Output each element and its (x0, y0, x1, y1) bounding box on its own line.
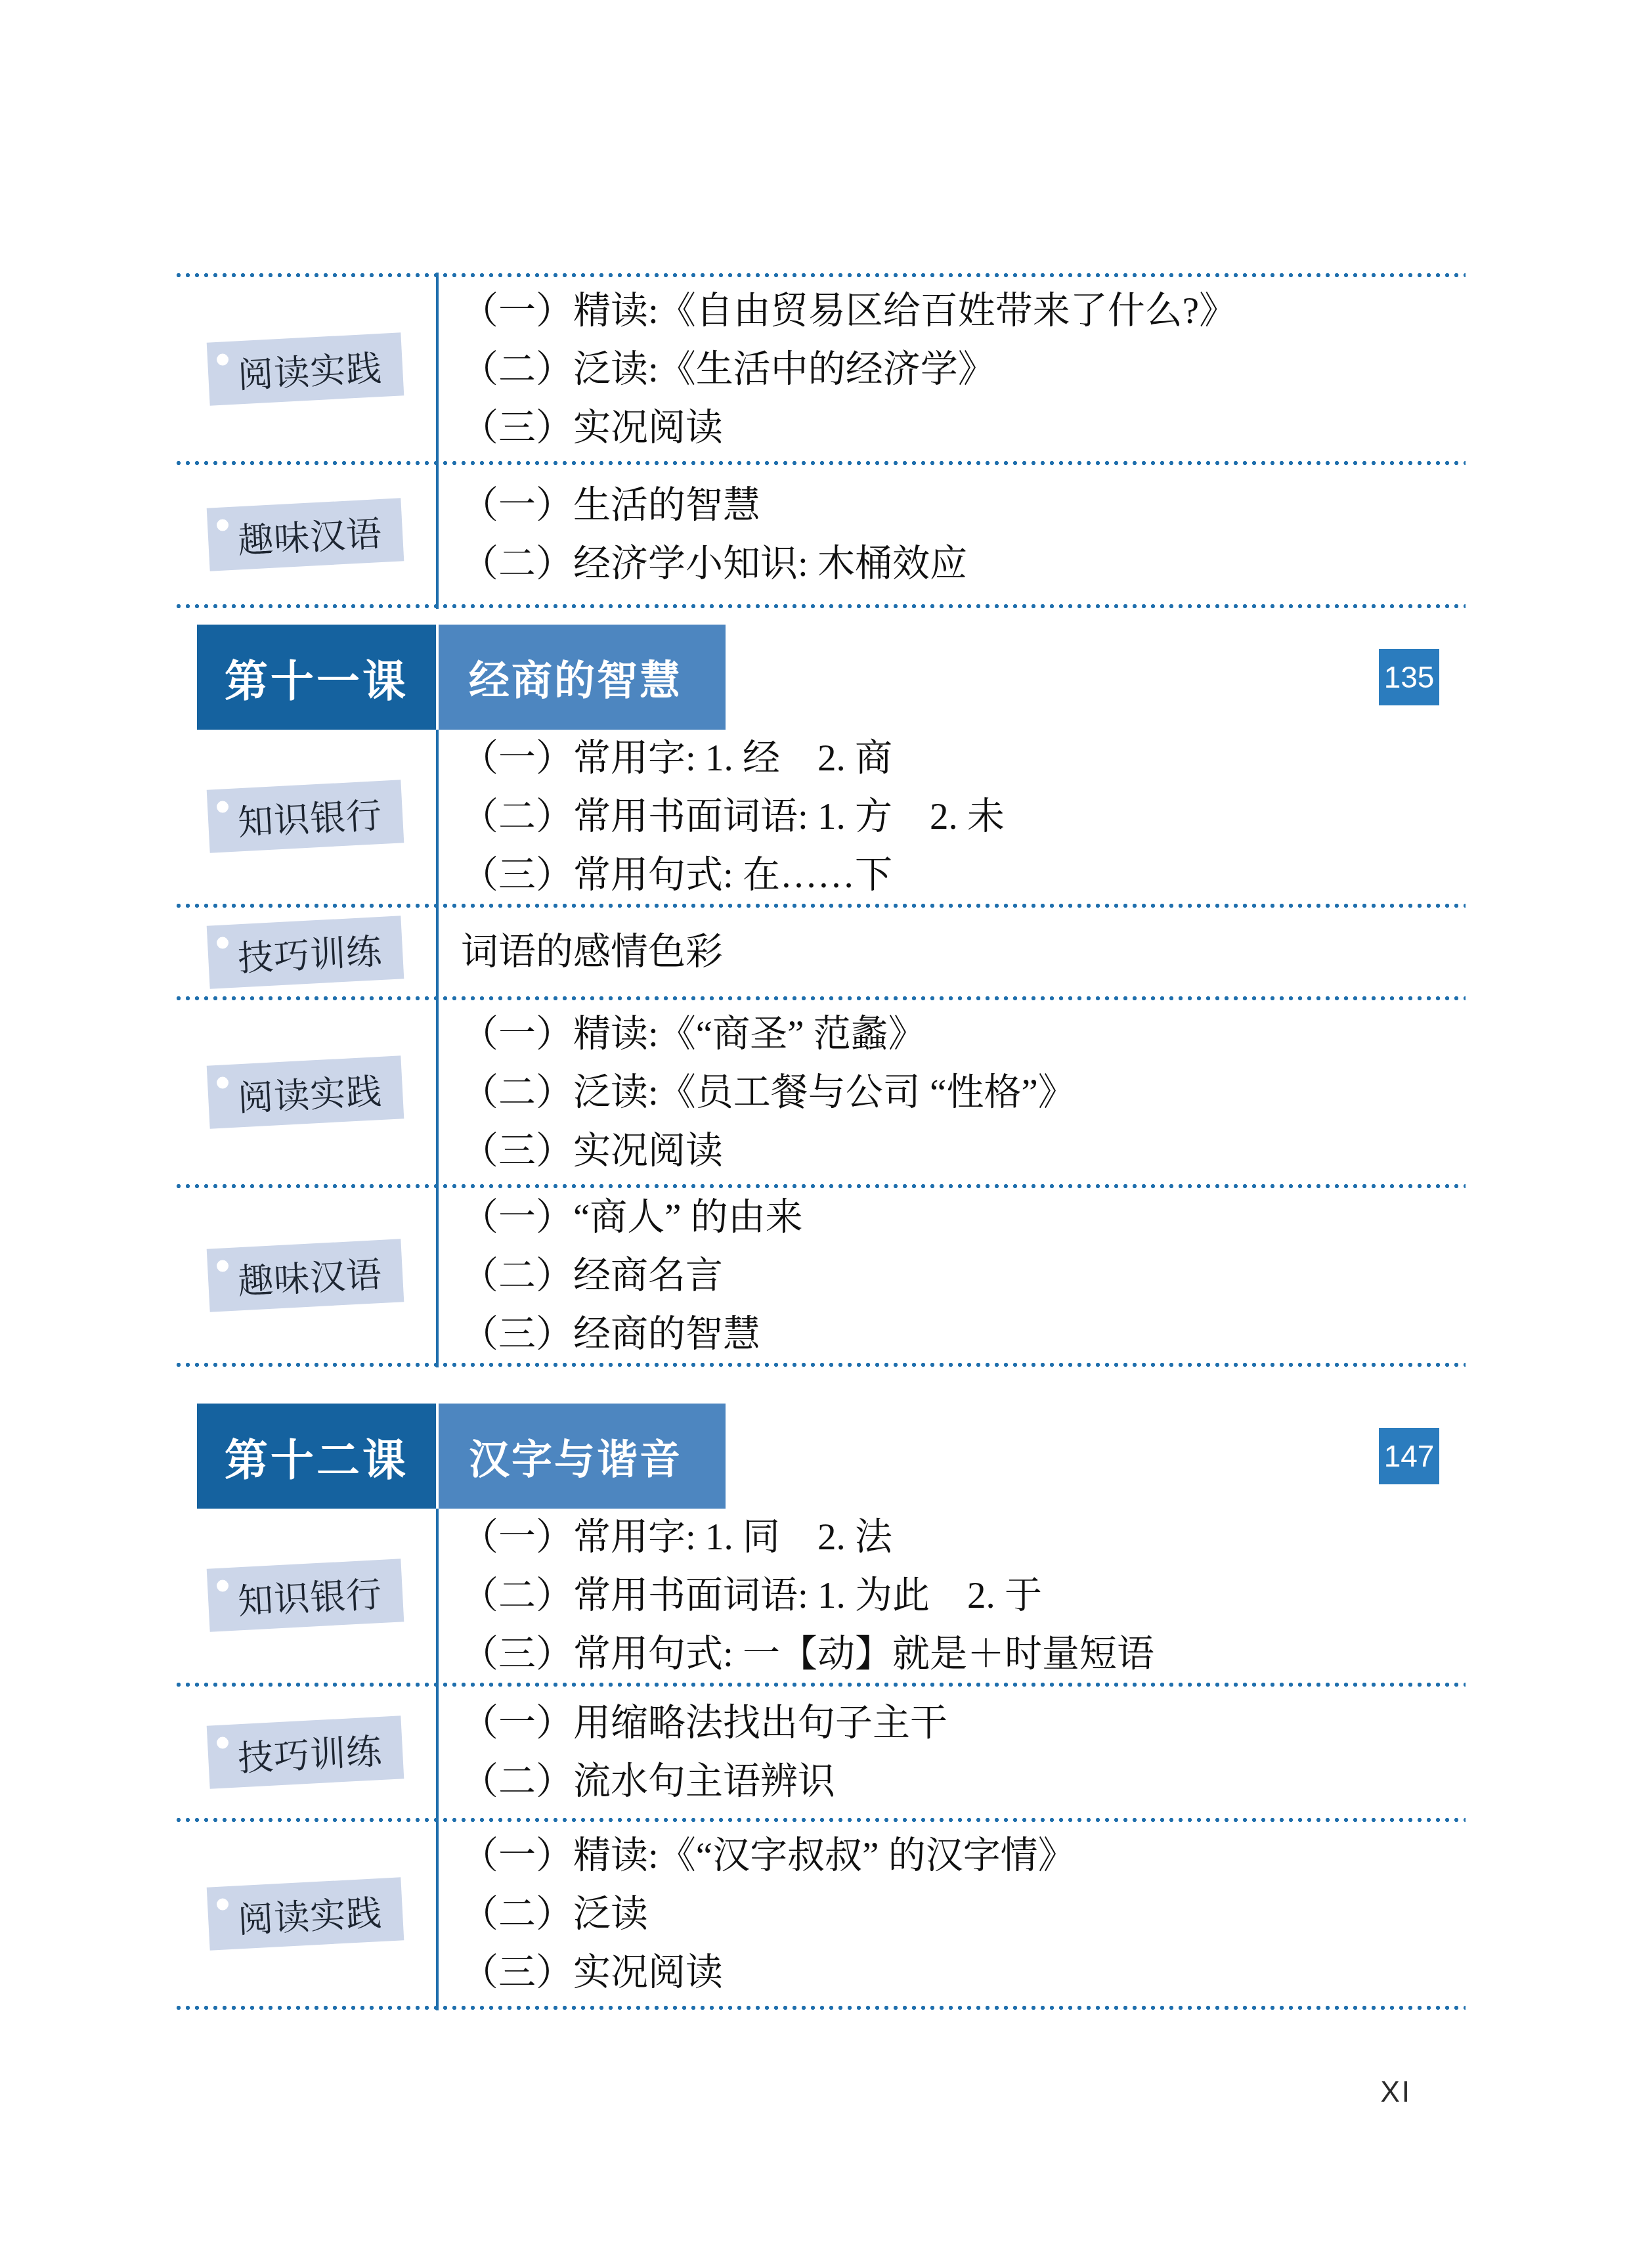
toc-item: （二）泛读:《生活中的经济学》 (461, 340, 1466, 399)
toc-item: （一）常用字: 1. 同 2. 法 (461, 1508, 1466, 1566)
section-tag: 知识银行 (206, 1559, 404, 1631)
tag-label: 趣味汉语 (227, 1246, 383, 1304)
toc-item: （三）实况阅读 (461, 1122, 1466, 1180)
tag-label: 阅读实践 (227, 340, 383, 398)
tag-hole-icon (216, 1898, 228, 1911)
toc-item: （一）精读:《“汉字叔叔” 的汉字情》 (461, 1826, 1466, 1885)
toc-item: （一）常用字: 1. 经 2. 商 (461, 729, 1466, 787)
dotted-separator (174, 996, 1466, 1001)
tag-hole-icon (216, 1076, 228, 1089)
tag-label: 知识银行 (227, 1566, 383, 1624)
footer-page-number: XI (174, 2076, 1466, 2109)
tag-hole-icon (216, 801, 228, 813)
dotted-separator (174, 460, 1466, 466)
row-items-cell: （一）常用字: 1. 经 2. 商 （二）常用书面词语: 1. 方 2. 未 （… (436, 729, 1466, 904)
dotted-separator (174, 2005, 1466, 2010)
lesson-11-block: 知识银行 （一）常用字: 1. 经 2. 商 （二）常用书面词语: 1. 方 2… (174, 730, 1466, 1367)
section-tag: 阅读实践 (206, 1877, 404, 1950)
dotted-separator (174, 604, 1466, 609)
row-items-cell: （一）“商人” 的由来 （二）经商名言 （三）经商的智慧 (436, 1188, 1466, 1363)
dotted-separator (174, 1817, 1466, 1823)
tag-label: 趣味汉语 (227, 505, 383, 564)
row-badge-cell: 知识银行 (174, 1564, 436, 1627)
toc-item: （三）常用句式: 在……下 (461, 846, 1466, 904)
toc-row-reading-practice: 阅读实践 （一）精读:《自由贸易区给百姓带来了什么?》 （二）泛读:《生活中的经… (174, 278, 1466, 460)
tag-hole-icon (216, 1260, 228, 1272)
tag-hole-icon (216, 1737, 228, 1749)
lesson-page-badge: 147 (1379, 1428, 1439, 1484)
toc-item: （二）流水句主语辨识 (461, 1752, 1466, 1811)
tag-label: 阅读实践 (227, 1063, 383, 1121)
tag-hole-icon (216, 1580, 228, 1592)
toc-item: 词语的感情色彩 (461, 923, 1466, 981)
toc-row-reading-practice: 阅读实践 （一）精读:《“汉字叔叔” 的汉字情》 （二）泛读 （三）实况阅读 (174, 1823, 1466, 2005)
row-badge-cell: 阅读实践 (174, 1061, 436, 1124)
toc-row-skill-training: 技巧训练 词语的感情色彩 (174, 908, 1466, 996)
row-badge-cell: 趣味汉语 (174, 1244, 436, 1307)
toc-row-reading-practice: 阅读实践 （一）精读:《“商圣” 范蠡》 （二）泛读:《员工餐与公司 “性格”》… (174, 1001, 1466, 1184)
intro-block: 阅读实践 （一）精读:《自由贸易区给百姓带来了什么?》 （二）泛读:《生活中的经… (174, 273, 1466, 609)
section-tag: 趣味汉语 (206, 1239, 404, 1312)
lesson-title-box: 经商的智慧 (439, 625, 726, 730)
toc-item: （一）生活的智慧 (461, 476, 1466, 535)
tag-hole-icon (216, 937, 228, 949)
tag-label: 阅读实践 (227, 1884, 383, 1943)
tag-label: 技巧训练 (227, 1723, 383, 1781)
section-tag: 阅读实践 (206, 1055, 404, 1128)
toc-item: （三）经商的智慧 (461, 1305, 1466, 1363)
toc-item: （二）泛读 (461, 1885, 1466, 1943)
lesson-title-box: 汉字与谐音 (439, 1404, 726, 1509)
toc-row-skill-training: 技巧训练 （一）用缩略法找出句子主干 （二）流水句主语辨识 (174, 1687, 1466, 1817)
toc-page: 阅读实践 （一）精读:《自由贸易区给百姓带来了什么?》 （二）泛读:《生活中的经… (0, 0, 1652, 2258)
lesson-page-badge: 135 (1379, 649, 1439, 705)
toc-item: （三）实况阅读 (461, 1943, 1466, 2002)
row-items-cell: （一）生活的智慧 （二）经济学小知识: 木桶效应 (436, 476, 1466, 593)
toc-row-fun-chinese: 趣味汉语 （一）“商人” 的由来 （二）经商名言 （三）经商的智慧 (174, 1189, 1466, 1362)
row-items-cell: （一）精读:《“汉字叔叔” 的汉字情》 （二）泛读 （三）实况阅读 (436, 1826, 1466, 2002)
row-badge-cell: 趣味汉语 (174, 503, 436, 566)
row-items-cell: （一）用缩略法找出句子主干 （二）流水句主语辨识 (436, 1694, 1466, 1811)
lesson-number-box: 第十二课 (197, 1404, 436, 1509)
section-tag: 技巧训练 (206, 1716, 404, 1788)
row-badge-cell: 知识银行 (174, 785, 436, 848)
lesson-12-block: 知识银行 （一）常用字: 1. 同 2. 法 （二）常用书面词语: 1. 为此 … (174, 1509, 1466, 2010)
row-badge-cell: 阅读实践 (174, 1882, 436, 1945)
toc-item: （一）用缩略法找出句子主干 (461, 1694, 1466, 1752)
toc-item: （二）常用书面词语: 1. 方 2. 未 (461, 787, 1466, 846)
toc-row-fun-chinese: 趣味汉语 （一）生活的智慧 （二）经济学小知识: 木桶效应 (174, 466, 1466, 604)
toc-item: （二）泛读:《员工餐与公司 “性格”》 (461, 1063, 1466, 1122)
toc-row-knowledge-bank: 知识银行 （一）常用字: 1. 同 2. 法 （二）常用书面词语: 1. 为此 … (174, 1509, 1466, 1682)
dotted-separator (174, 273, 1466, 278)
section-tag: 阅读实践 (206, 332, 404, 405)
toc-item: （一）精读:《自由贸易区给百姓带来了什么?》 (461, 282, 1466, 340)
row-badge-cell: 技巧训练 (174, 921, 436, 984)
lesson-number-box: 第十一课 (197, 625, 436, 730)
row-items-cell: （一）常用字: 1. 同 2. 法 （二）常用书面词语: 1. 为此 2. 于 … (436, 1508, 1466, 1683)
section-tag: 知识银行 (206, 780, 404, 852)
row-items-cell: （一）精读:《“商圣” 范蠡》 （二）泛读:《员工餐与公司 “性格”》 （三）实… (436, 1005, 1466, 1180)
toc-item: （二）经济学小知识: 木桶效应 (461, 535, 1466, 593)
tag-label: 知识银行 (227, 787, 383, 845)
toc-item: （三）实况阅读 (461, 399, 1466, 457)
toc-item: （一）精读:《“商圣” 范蠡》 (461, 1005, 1466, 1063)
toc-item: （二）常用书面词语: 1. 为此 2. 于 (461, 1566, 1466, 1625)
tag-hole-icon (216, 519, 228, 531)
toc-content: 阅读实践 （一）精读:《自由贸易区给百姓带来了什么?》 （二）泛读:《生活中的经… (174, 273, 1466, 2109)
lesson-11-header: 第十一课 经商的智慧 135 (197, 625, 1439, 730)
row-items-cell: （一）精读:《自由贸易区给百姓带来了什么?》 （二）泛读:《生活中的经济学》 （… (436, 282, 1466, 457)
toc-row-knowledge-bank: 知识银行 （一）常用字: 1. 经 2. 商 （二）常用书面词语: 1. 方 2… (174, 730, 1466, 903)
row-items-cell: 词语的感情色彩 (436, 923, 1466, 981)
toc-item: （一）“商人” 的由来 (461, 1188, 1466, 1247)
tag-label: 技巧训练 (227, 923, 383, 981)
section-tag: 趣味汉语 (206, 498, 404, 571)
row-badge-cell: 阅读实践 (174, 338, 436, 401)
section-tag: 技巧训练 (206, 916, 404, 988)
lesson-12-header: 第十二课 汉字与谐音 147 (197, 1404, 1439, 1509)
toc-item: （三）常用句式: 一【动】就是＋时量短语 (461, 1625, 1466, 1683)
tag-hole-icon (216, 353, 228, 366)
toc-item: （二）经商名言 (461, 1247, 1466, 1305)
row-badge-cell: 技巧训练 (174, 1721, 436, 1784)
